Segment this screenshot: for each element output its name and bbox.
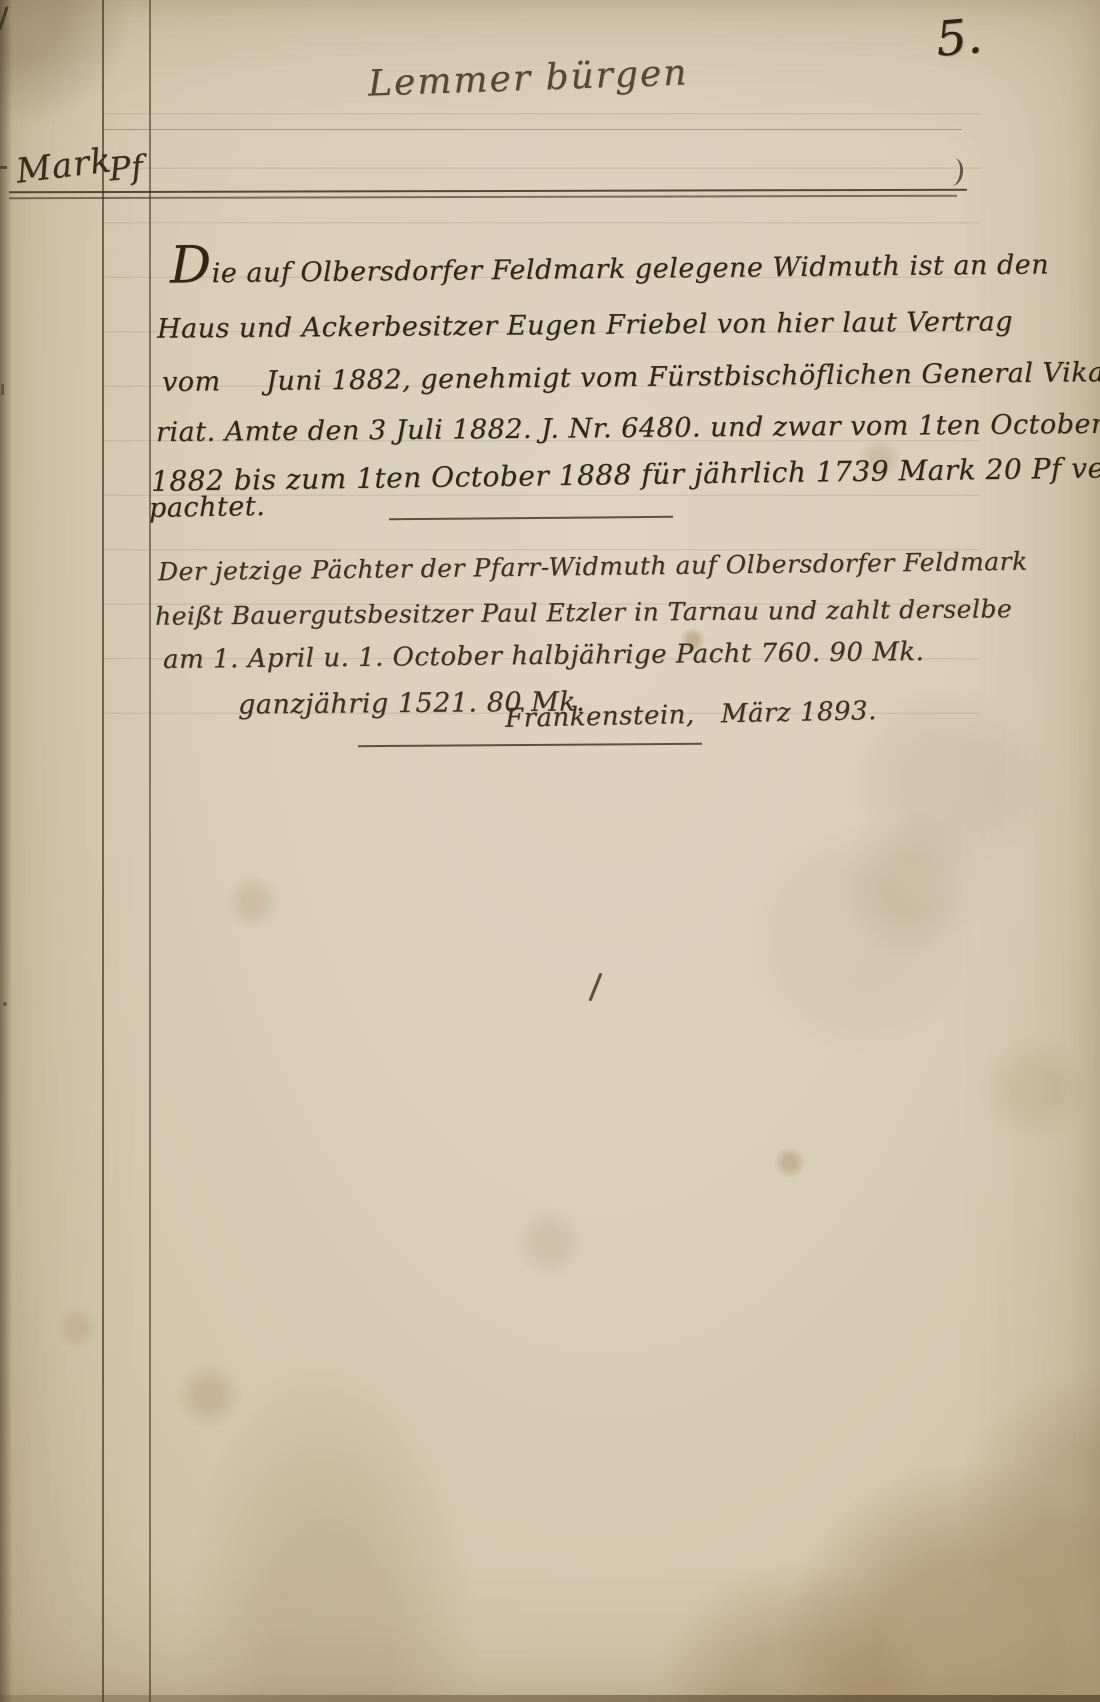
margin-label-mark: Mark bbox=[14, 140, 114, 191]
place-date-line: Frankenstein, März 1893. bbox=[505, 696, 877, 734]
header-rule-faint bbox=[104, 129, 962, 130]
edge-ink-mark bbox=[3, 1002, 7, 1006]
page-bottom-edge bbox=[0, 1695, 1100, 1702]
margin-rule-right bbox=[149, 0, 151, 1702]
edge-ink-mark bbox=[0, 166, 7, 169]
entry-divider bbox=[358, 743, 702, 747]
margin-rule-left bbox=[102, 0, 104, 1702]
edge-ink-mark bbox=[1, 384, 4, 395]
handwritten-line: pachtet. bbox=[149, 491, 266, 524]
ink-slash-mark bbox=[588, 973, 602, 1002]
page-number: 5. bbox=[934, 8, 985, 68]
binding-edge bbox=[0, 0, 12, 1702]
margin-label-pf: Pf bbox=[107, 148, 145, 189]
manuscript-page: 5. Lemmer bürgen Mark Pf Die auf Olbersd… bbox=[0, 0, 1100, 1702]
